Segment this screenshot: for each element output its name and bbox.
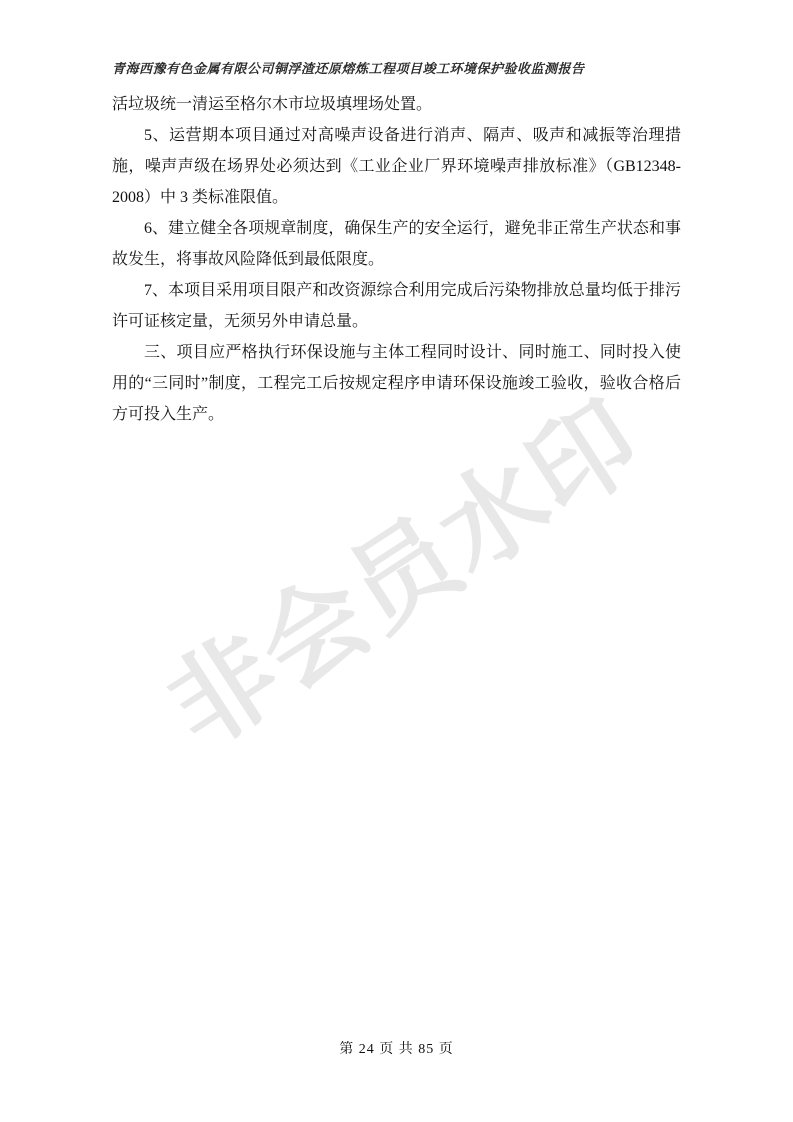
document-body: 活垃圾统一清运至格尔木市垃圾填埋场处置。 5、运营期本项目通过对高噪声设备进行消… xyxy=(112,89,681,430)
document-page: 非会员水印 青海西豫有色金属有限公司铜浮渣还原熔炼工程项目竣工环境保护验收监测报… xyxy=(0,0,793,1122)
page-header-title: 青海西豫有色金属有限公司铜浮渣还原熔炼工程项目竣工环境保护验收监测报告 xyxy=(112,58,681,77)
paragraph-item-6: 6、建立健全各项规章制度，确保生产的安全运行，避免非正常生产状态和事故发生，将事… xyxy=(112,213,681,275)
page-number-footer: 第 24 页 共 85 页 xyxy=(0,1038,793,1058)
paragraph-section-three: 三、项目应严格执行环保设施与主体工程同时设计、同时施工、同时投入使用的“三同时”… xyxy=(112,337,681,430)
paragraph-item-7: 7、本项目采用项目限产和改资源综合利用完成后污染物排放总量均低于排污许可证核定量… xyxy=(112,275,681,337)
paragraph-item-5: 5、运营期本项目通过对高噪声设备进行消声、隔声、吸声和减振等治理措施，噪声声级在… xyxy=(112,120,681,213)
paragraph-continuation: 活垃圾统一清运至格尔木市垃圾填埋场处置。 xyxy=(112,89,681,120)
